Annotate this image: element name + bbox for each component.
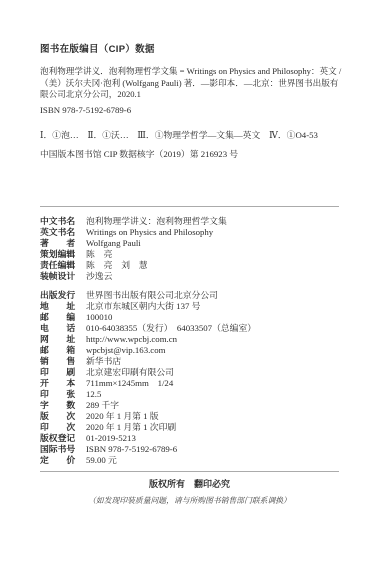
- info-row: 字 数289 千字: [40, 400, 339, 411]
- info-row-value: 100010: [86, 312, 112, 322]
- info-row-value: 711mm×1245mm 1/24: [86, 378, 173, 388]
- info-row-label: 中文书名: [40, 216, 77, 227]
- info-row-label: 国际书号: [40, 444, 77, 455]
- info-row-label: 版 次: [40, 411, 77, 422]
- publication-info-table: 中文书名泡利物理学讲义：泡利物理哲学文集 英文书名Writings on Phy…: [40, 216, 339, 466]
- info-row-label: 字 数: [40, 400, 77, 411]
- info-row: 印 张12.5: [40, 389, 339, 400]
- info-row-label: 英文书名: [40, 227, 77, 238]
- info-row-label: 印 次: [40, 422, 77, 433]
- divider-top: [40, 206, 339, 207]
- info-row-value: 陈 亮 刘 慧: [86, 260, 148, 270]
- cip-description-line: （美）沃尔夫冈·泡利 (Wolfgang Pauli) 著．—影印本．—北京：世…: [40, 78, 339, 90]
- info-row-value: 2020 年 1 月第 1 版: [86, 411, 159, 421]
- cip-description-line: 泡利物理学讲义．泡利物理哲学文集 = Writings on Physics a…: [40, 66, 339, 78]
- info-row-label: 印 刷: [40, 367, 77, 378]
- info-row-value: 01-2019-5213: [86, 433, 136, 443]
- info-row: 版 次2020 年 1 月第 1 版: [40, 411, 339, 422]
- info-row-value: 世界图书出版有限公司北京分公司: [86, 290, 218, 300]
- cip-description-line: 限公司北京分公司，2020.1: [40, 89, 339, 101]
- divider-bottom: [40, 471, 339, 472]
- info-row-value: 沙逸云: [86, 271, 112, 281]
- info-row-label: 出版发行: [40, 290, 77, 301]
- info-row: 印 次2020 年 1 月第 1 次印刷: [40, 422, 339, 433]
- info-row: 网 址http://www.wpcbj.com.cn: [40, 334, 339, 345]
- info-row-label: 装帧设计: [40, 271, 77, 282]
- info-row: 中文书名泡利物理学讲义：泡利物理哲学文集: [40, 216, 339, 227]
- info-row-label: 邮 编: [40, 312, 77, 323]
- info-row-value: http://www.wpcbj.com.cn: [86, 334, 177, 344]
- info-row: 策划编辑陈 亮: [40, 249, 339, 260]
- info-row: 装帧设计沙逸云: [40, 271, 339, 282]
- info-row: 出版发行世界图书出版有限公司北京分公司: [40, 290, 339, 301]
- info-row: 电 话010-64038355（发行） 64033507（总编室）: [40, 323, 339, 334]
- info-row: 邮 编100010: [40, 312, 339, 323]
- info-row: 责任编辑陈 亮 刘 慧: [40, 260, 339, 271]
- info-row: 英文书名Writings on Physics and Philosophy: [40, 227, 339, 238]
- info-row-value: 59.00 元: [86, 455, 117, 465]
- info-row-label: 网 址: [40, 334, 77, 345]
- info-row-value: 新华书店: [86, 356, 121, 366]
- info-row-value: ISBN 978-7-5192-6789-6: [86, 444, 177, 454]
- copyright-notice: 版权所有 翻印必究: [40, 479, 339, 490]
- cip-record-number: 中国版本图书馆 CIP 数据核字（2019）第 216923 号: [40, 149, 339, 160]
- copyright-page: 图书在版编目（CIP）数据 泡利物理学讲义．泡利物理哲学文集 = Writing…: [0, 0, 375, 562]
- info-row-label: 责任编辑: [40, 260, 77, 271]
- info-row-label: 电 话: [40, 323, 77, 334]
- info-row-label: 地 址: [40, 301, 77, 312]
- info-row-label: 开 本: [40, 378, 77, 389]
- isbn-line: ISBN 978-7-5192-6789-6: [40, 105, 339, 116]
- info-row-value: 泡利物理学讲义：泡利物理哲学文集: [86, 216, 227, 226]
- info-row-label: 版权登记: [40, 433, 77, 444]
- info-row-value: 北京市东城区朝内大街 137 号: [86, 301, 200, 311]
- info-row: 开 本711mm×1245mm 1/24: [40, 378, 339, 389]
- cip-heading: 图书在版编目（CIP）数据: [40, 44, 339, 55]
- info-row-value: 010-64038355（发行） 64033507（总编室）: [86, 323, 256, 333]
- info-row: 定 价59.00 元: [40, 455, 339, 466]
- cip-description: 泡利物理学讲义．泡利物理哲学文集 = Writings on Physics a…: [40, 66, 339, 101]
- info-row: 著 者Wolfgang Pauli: [40, 238, 339, 249]
- info-row-value: 北京建宏印刷有限公司: [86, 367, 174, 377]
- info-row: 地 址北京市东城区朝内大街 137 号: [40, 301, 339, 312]
- info-row: 印 刷北京建宏印刷有限公司: [40, 367, 339, 378]
- info-row-label: 印 张: [40, 389, 77, 400]
- info-row-label: 著 者: [40, 238, 77, 249]
- info-row-value: 12.5: [86, 389, 101, 399]
- info-row-label: 定 价: [40, 455, 77, 466]
- info-row-value: 289 千字: [86, 400, 119, 410]
- info-row-value: wpcbjst@vip.163.com: [86, 345, 165, 355]
- info-row-label: 邮 箱: [40, 345, 77, 356]
- info-row-label: 销 售: [40, 356, 77, 367]
- info-row-value: 陈 亮: [86, 249, 112, 259]
- info-row-value: Wolfgang Pauli: [86, 238, 141, 248]
- info-row-label: 策划编辑: [40, 249, 77, 260]
- cip-section: 图书在版编目（CIP）数据 泡利物理学讲义．泡利物理哲学文集 = Writing…: [40, 44, 339, 160]
- info-row-value: Writings on Physics and Philosophy: [86, 227, 213, 237]
- classification-line: Ⅰ．①泡… Ⅱ．①沃… Ⅲ．①物理学哲学—文集—英文 Ⅳ．①O4-53: [40, 130, 339, 141]
- info-row: 国际书号ISBN 978-7-5192-6789-6: [40, 444, 339, 455]
- info-row: 版权登记01-2019-5213: [40, 433, 339, 444]
- info-row: 邮 箱wpcbjst@vip.163.com: [40, 345, 339, 356]
- info-row: 销 售新华书店: [40, 356, 339, 367]
- info-row-value: 2020 年 1 月第 1 次印刷: [86, 422, 176, 432]
- print-quality-note: （如发现印装质量问题，请与所购图书销售部门联系调换）: [40, 496, 339, 506]
